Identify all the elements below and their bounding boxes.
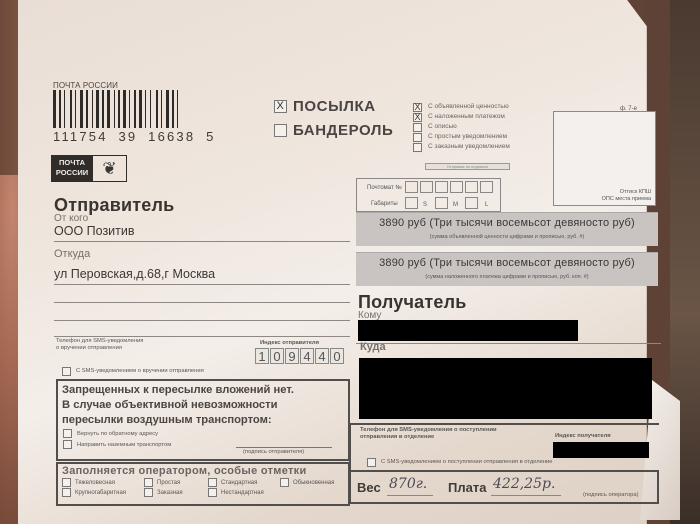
receiver-sms-label: С SMS-уведомлением о поступлении отправл… [381,459,553,466]
sender-index-field[interactable]: 1 0 9 4 4 0 [255,348,344,364]
operator-option[interactable]: Нестандартная [208,488,280,497]
logo-line2: РОССИИ [51,168,93,178]
option-simple-notice[interactable]: С простым уведомлением [413,132,510,142]
option-checkbox[interactable] [413,133,422,142]
sender-sms-checkbox[interactable] [62,367,71,376]
receiver-index-label: Индекс получателя [555,433,611,440]
stamp-box-label: Оттиск КПШ ОПС места приема [602,189,651,203]
option-inventory[interactable]: С описью [413,122,510,132]
stamp-label-line1: Оттиск КПШ [602,189,651,196]
payment-underline [491,495,561,496]
brand-label: ПОЧТА РОССИИ [53,81,118,90]
item-type-parcel[interactable]: X ПОСЫЛКА [274,98,393,115]
payment-label: Плата [448,480,486,495]
ground-transport-label: Направить наземным транспортом [77,442,171,448]
item-type-printed-matter[interactable]: БАНДЕРОЛЬ [274,122,393,139]
subscription-button-label: Отправка по подписке [426,164,509,170]
receiver-sms-checkbox[interactable] [367,458,376,467]
locker-size-label: Габариты [371,201,398,207]
receiver-name-redacted [358,320,578,341]
option-label: Простая [157,480,180,486]
weight-label: Вес [357,480,381,495]
option-label: С простым уведомлением [428,132,507,142]
sender-address-value[interactable]: ул Перовская,д.68,г Москва [54,267,215,281]
service-options: XС объявленной ценностью XС наложенным п… [413,102,510,152]
operator-option[interactable]: Заказная [144,488,208,497]
declared-value-caption: (сумма объявленной ценности цифрами и пр… [356,234,658,240]
operator-option[interactable]: Крупногабаритная [62,488,144,497]
subscription-button[interactable]: Отправка по подписке [425,163,510,170]
option-checkbox[interactable]: X [413,103,422,112]
option-label: Стандартная [221,480,257,486]
size-l-label: L [485,202,488,208]
option-checkbox[interactable] [144,478,153,487]
operator-option[interactable]: Обыкновенная [280,478,360,487]
option-label: С заказным уведомлением [428,142,510,152]
sender-where-label: Откуда [54,248,90,260]
printed-matter-label: БАНДЕРОЛЬ [293,122,393,139]
declared-value-field[interactable]: 3890 руб (Три тысячи восемьсот девяносто… [356,212,658,246]
weight-value[interactable]: 870г. [389,476,427,492]
sender-sms-label: С SMS-уведомлением о вручении отправлени… [76,368,204,375]
divider [54,320,350,321]
operator-option[interactable]: Простая [144,478,208,487]
return-label: Вернуть по обратному адресу [77,431,158,437]
operator-option[interactable]: Тяжеловесная [62,478,144,487]
sender-from-label: От кого [54,213,88,224]
locker-digit-cell[interactable] [420,181,433,193]
divider [356,343,661,344]
phone-label-line1: Телефон для SMS-уведомления о поступлени… [360,427,497,434]
sender-phone-label: Телефон для SMS-уведомления о вручении о… [56,338,143,352]
sender-index-label: Индекс отправителя [260,340,319,347]
parcel-locker-box: Почтомат № Габариты S M L [356,178,501,212]
option-checkbox[interactable] [413,123,422,132]
option-checkbox[interactable] [280,478,289,487]
operator-option[interactable]: Стандартная [208,478,280,487]
option-checkbox[interactable]: X [413,113,422,122]
phone-label-line2: отправления в отделение [360,434,497,441]
ground-transport-checkbox[interactable] [63,440,72,449]
stamp-label-line2: ОПС места приема [602,196,651,203]
receiver-where-label: Куда [360,341,386,353]
weight-underline [387,495,433,496]
cod-amount: 3890 руб (Три тысячи восемьсот девяносто… [356,257,658,269]
sender-sms-option[interactable]: С SMS-уведомлением о вручении отправлени… [62,367,204,376]
option-registered-notice[interactable]: С заказным уведомлением [413,142,510,152]
operator-options: Тяжеловесная Простая Стандартная Обыкнов… [62,478,344,497]
size-checkbox-l[interactable] [465,197,478,209]
sender-name-value[interactable]: ООО Позитив [54,224,135,238]
index-digit: 9 [285,348,299,364]
locker-digit-cell[interactable] [480,181,493,193]
locker-number-label: Почтомат № [367,185,402,191]
option-label: Нестандартная [221,490,264,496]
forbidden-text: Запрещенных к пересылке вложений нет. В … [58,381,348,428]
forbidden-line3: пересылки воздушным транспортом: [62,413,348,428]
weight-payment-box: Вес 870г. Плата 422,25р. (подпись операт… [349,470,659,504]
operator-signature-caption: (подпись оператора) [583,492,639,499]
size-s-label: S [423,202,427,208]
item-type-group: X ПОСЫЛКА БАНДЕРОЛЬ [274,98,393,139]
index-digit: 4 [300,348,314,364]
option-label: Крупногабаритная [75,490,126,496]
index-digit: 4 [315,348,329,364]
index-digit: 0 [330,348,344,364]
option-label: Обыкновенная [293,480,334,486]
forbidden-items-box: Запрещенных к пересылке вложений нет. В … [56,379,350,461]
parcel-label: ПОСЫЛКА [293,98,376,115]
return-checkbox[interactable] [63,429,72,438]
receiver-sms-option[interactable]: С SMS-уведомлением о поступлении отправл… [367,458,553,467]
return-option[interactable]: Вернуть по обратному адресу [58,428,348,439]
barcode [53,90,263,128]
receiver-phone-label: Телефон для SMS-уведомления о поступлени… [360,427,497,441]
index-digit: 1 [255,348,269,364]
option-declared-value[interactable]: XС объявленной ценностью [413,102,510,112]
phone-label-line2: о вручении отправления [56,345,143,352]
cod-amount-field[interactable]: 3890 руб (Три тысячи восемьсот девяносто… [356,252,658,286]
payment-value[interactable]: 422,25р. [493,476,555,492]
phone-label-line1: Телефон для SMS-уведомления [56,338,143,345]
sender-signature-line[interactable] [236,447,332,448]
size-checkbox-s[interactable] [405,197,418,209]
receiver-index-redacted [553,442,649,458]
option-label: Тяжеловесная [75,480,115,486]
option-label: С описью [428,122,457,132]
receiver-address-redacted [359,358,652,419]
locker-digit-cell[interactable] [465,181,478,193]
locker-digit-cell[interactable] [435,181,448,193]
option-label: Заказная [157,490,183,496]
option-cod[interactable]: XС наложенным платежом [413,112,510,122]
locker-digit-cell[interactable] [405,181,418,193]
option-checkbox[interactable] [208,478,217,487]
option-label: С наложенным платежом [428,112,505,122]
divider [54,336,350,337]
option-checkbox[interactable] [62,478,71,487]
declared-value-amount: 3890 руб (Три тысячи восемьсот девяносто… [356,217,658,229]
printed-matter-checkbox[interactable] [274,124,287,137]
size-checkbox-m[interactable] [435,197,448,209]
divider [54,284,350,285]
forbidden-line2: В случае объективной невозможности [62,398,348,413]
divider [54,302,350,303]
cod-amount-caption: (сумма наложенного платежа цифрами и про… [356,274,658,280]
option-label: С объявленной ценностью [428,102,509,112]
operator-notes-box: Заполняется оператором, особые отметки Т… [56,462,350,506]
operator-box-title: Заполняется оператором, особые отметки [62,465,344,477]
size-m-label: M [453,202,458,208]
eagle-emblem-icon: ❦ [92,155,127,182]
option-checkbox[interactable] [208,488,217,497]
stamp-box: Оттиск КПШ ОПС места приема [553,111,656,206]
divider [54,241,350,242]
sender-signature-caption: (подпись отправителя) [243,449,304,456]
option-checkbox[interactable] [144,488,153,497]
russian-post-logo: ПОЧТА РОССИИ [51,155,93,182]
locker-digit-cell[interactable] [450,181,463,193]
option-checkbox[interactable] [413,143,422,152]
logo-line1: ПОЧТА [51,158,93,168]
parcel-checkbox[interactable]: X [274,100,287,113]
option-checkbox[interactable] [62,488,71,497]
forbidden-line1: Запрещенных к пересылке вложений нет. [62,383,348,398]
index-digit: 0 [270,348,284,364]
barcode-number: 111754 39 16638 5 [53,129,216,144]
ground-transport-option[interactable]: Направить наземным транспортом [58,439,348,450]
